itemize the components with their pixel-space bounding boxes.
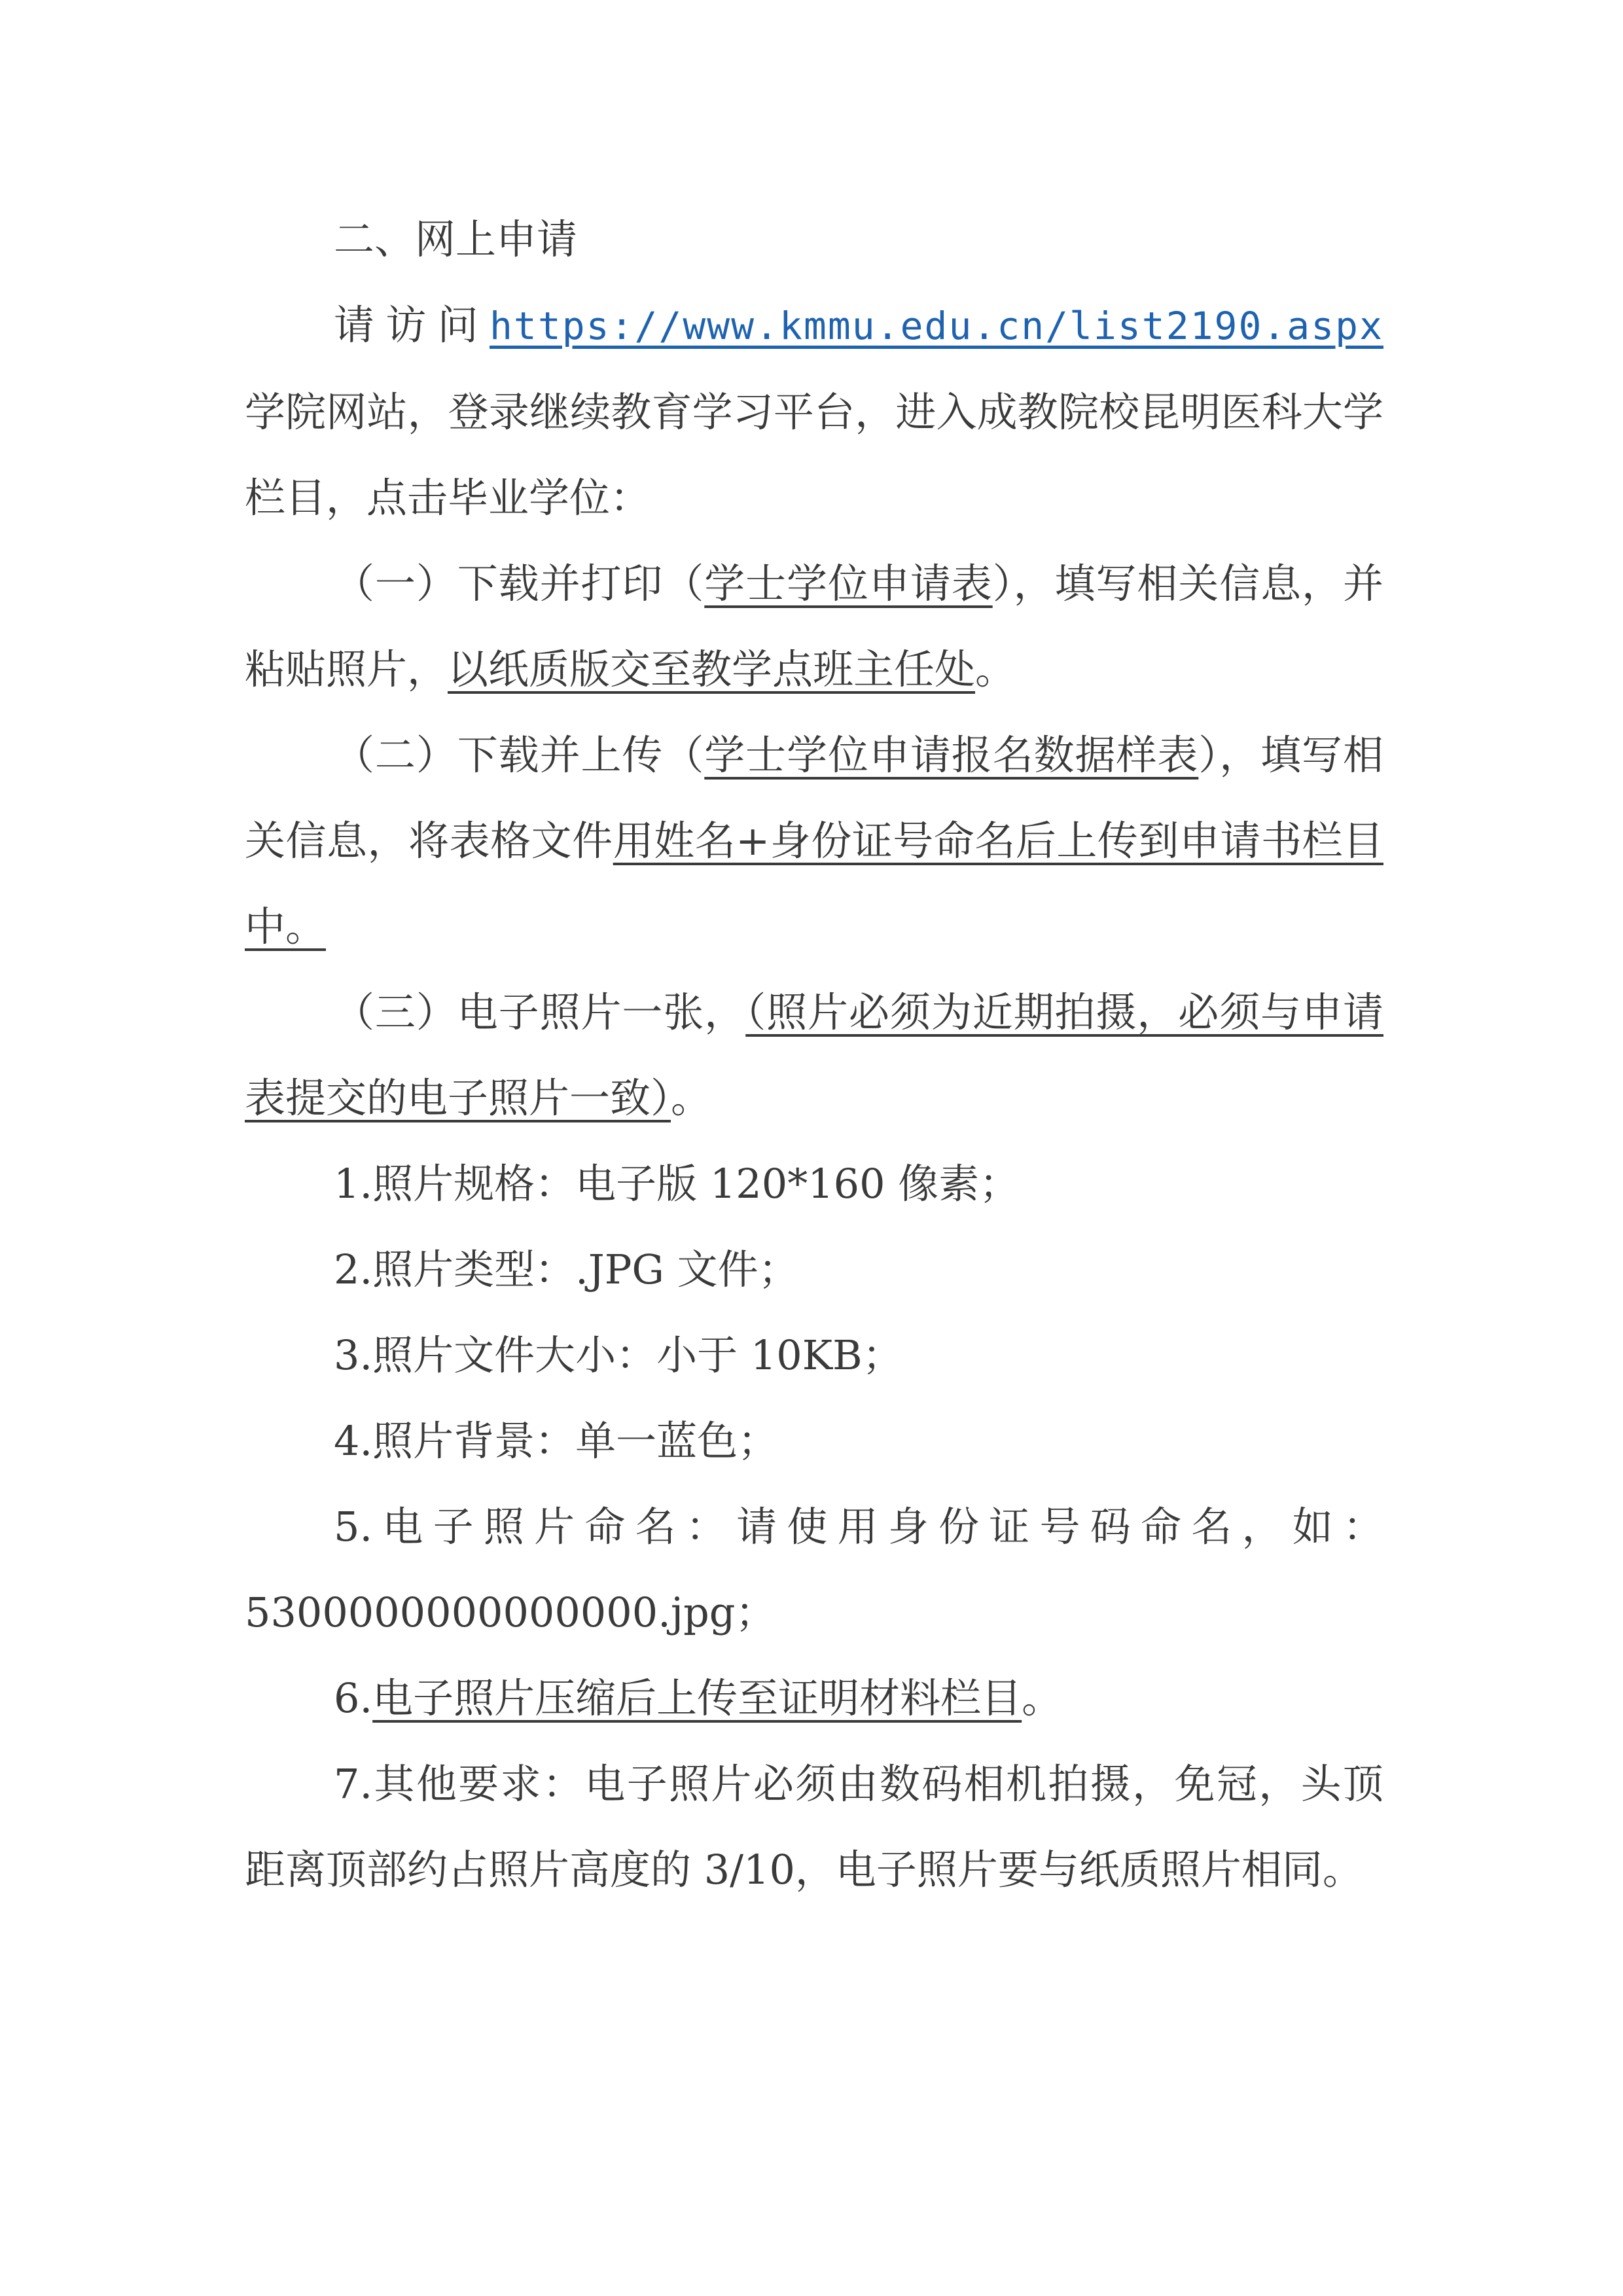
step-3-paragraph: （三）电子照片一张，（照片必须为近期拍摄，必须与申请表提交的电子照片一致）。 [245, 969, 1383, 1141]
requirement-6-suffix: 。 [1022, 1674, 1062, 1722]
document-page: 二、网上申请 请访问https://www.kmmu.edu.cn/list21… [245, 196, 1383, 1912]
step-3-prefix: （三）电子照片一张， [334, 988, 745, 1036]
intro-prefix: 请访问 [334, 301, 490, 349]
step-1-prefix: （一）下载并打印（ [334, 560, 704, 607]
step-1-paragraph: （一）下载并打印（学士学位申请表），填写相关信息，并粘贴照片，以纸质版交至教学点… [245, 541, 1383, 712]
platform-link[interactable]: https://www.kmmu.edu.cn/list2190.aspx [490, 304, 1383, 348]
degree-application-form-link[interactable]: 学士学位申请表 [704, 560, 992, 607]
requirement-item: 3.照片文件大小：小于 10KB； [245, 1312, 1383, 1398]
intro-suffix: 学院网站，登录继续教育学习平台，进入成教院校昆明医科大学栏目，点击毕业学位： [245, 388, 1383, 522]
requirement-item: 6.电子照片压缩后上传至证明材料栏目。 [245, 1655, 1383, 1741]
intro-paragraph: 请访问https://www.kmmu.edu.cn/list2190.aspx… [245, 282, 1383, 541]
step-1-suffix: 。 [975, 645, 1016, 693]
requirement-item: 4.照片背景：单一蓝色； [245, 1398, 1383, 1484]
requirement-item: 1.照片规格：电子版 120*160 像素； [245, 1141, 1383, 1227]
step-3-suffix: 。 [671, 1074, 711, 1122]
step-2-prefix: （二）下载并上传（ [334, 731, 704, 779]
requirement-item: 5.电子照片命名：请使用身份证号码命名，如：5300000000000000.j… [245, 1484, 1383, 1655]
registration-data-sample-link[interactable]: 学士学位申请报名数据样表 [704, 731, 1198, 779]
step-1-submit-note: 以纸质版交至教学点班主任处 [448, 645, 975, 693]
step-2-paragraph: （二）下载并上传（学士学位申请报名数据样表），填写相关信息，将表格文件用姓名+身… [245, 712, 1383, 969]
requirement-6-number: 6. [334, 1674, 372, 1722]
requirement-item: 7.其他要求：电子照片必须由数码相机拍摄，免冠，头顶距离顶部约占照片高度的 3/… [245, 1741, 1383, 1912]
requirement-item: 2.照片类型：.JPG 文件； [245, 1227, 1383, 1312]
requirement-6-upload-note: 电子照片压缩后上传至证明材料栏目 [372, 1674, 1022, 1722]
section-heading: 二、网上申请 [245, 196, 1383, 282]
